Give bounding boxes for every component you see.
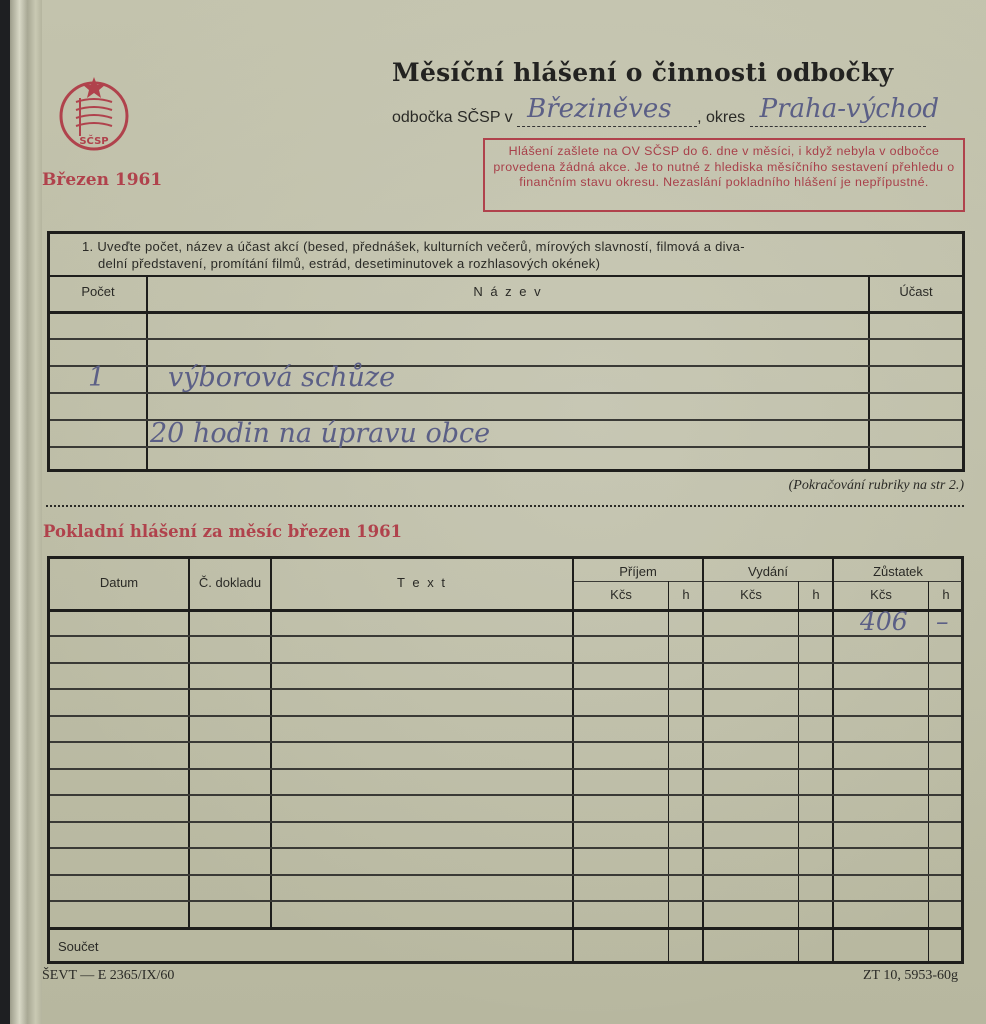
row-line [50, 688, 961, 690]
branch-field[interactable]: Březiněves [517, 108, 697, 127]
row-line [50, 900, 961, 902]
balance-kcs-value: 406 [860, 607, 908, 636]
col-attendance: Účast [870, 277, 962, 311]
activities-instruction: 1. Uveďte počet, název a účast akcí (bes… [50, 234, 962, 277]
balance-h-value: – [936, 607, 949, 636]
row-line [50, 715, 961, 717]
cash-report-title: Pokladní hlášení za měsíc březen 1961 [43, 522, 402, 541]
instruction-line-2: delní představení, promítání filmů, estr… [82, 255, 952, 272]
district-value: Praha-východ [760, 94, 939, 124]
divider [868, 277, 870, 472]
col-count: Počet [50, 277, 146, 311]
col-income-kcs: Kčs [574, 587, 668, 602]
divider [928, 581, 929, 961]
total-label: Součet [58, 939, 98, 954]
district-label: , okres [697, 109, 745, 126]
form-title: Měsíční hlášení o činnosti odbočky [392, 58, 894, 87]
col-text: T e x t [272, 575, 572, 590]
notice-box: Hlášení zašlete na OV SČSP do 6. dne v m… [483, 138, 965, 212]
cash-report-table: Datum Č. dokladu T e x t Příjem Vydání Z… [47, 556, 964, 964]
col-balance-kcs: Kčs [834, 587, 928, 602]
row-line [50, 338, 962, 340]
col-balance-h: h [930, 587, 962, 602]
district-field[interactable]: Praha-východ [750, 108, 926, 127]
col-name: N á z e v [148, 277, 868, 311]
col-income-h: h [670, 587, 702, 602]
col-date: Datum [50, 575, 188, 590]
activities-table: 1. Uveďte počet, název a účast akcí (bes… [47, 231, 965, 472]
branch-value: Březiněves [527, 94, 672, 124]
print-code-right: ZT 10, 5953-60g [863, 968, 958, 984]
branch-district-line: odbočka SČSP v Březiněves , okres Praha-… [392, 108, 926, 127]
col-expense: Vydání [704, 564, 832, 579]
activity-name-1: výborová schůze [168, 362, 395, 393]
row-line [50, 662, 961, 664]
row-line [50, 741, 961, 743]
row-line [50, 768, 961, 770]
continuation-note: (Pokračování rubriky na str 2.) [789, 478, 964, 494]
svg-text:SČSP: SČSP [79, 134, 108, 147]
divider [188, 559, 190, 927]
activity-count-1: 1 [88, 362, 105, 393]
divider [146, 277, 148, 472]
activities-header: Počet N á z e v Účast [50, 277, 962, 314]
col-expense-kcs: Kčs [704, 587, 798, 602]
total-separator [50, 927, 961, 930]
col-expense-h: h [800, 587, 832, 602]
row-line [50, 847, 961, 849]
divider [270, 559, 272, 927]
dotted-separator [46, 505, 964, 507]
col-balance: Zůstatek [834, 564, 962, 579]
print-code-left: ŠEVT — E 2365/IX/60 [42, 968, 174, 984]
instruction-line-1: 1. Uveďte počet, název a účast akcí (bes… [82, 239, 745, 254]
cash-header: Datum Č. dokladu T e x t Příjem Vydání Z… [50, 559, 961, 612]
month-stamp: Březen 1961 [42, 170, 162, 190]
paper-fold [10, 0, 42, 1024]
scsp-emblem-icon: SČSP [56, 76, 132, 152]
row-line [50, 635, 961, 637]
scan-edge [0, 0, 10, 1024]
activity-name-2: 20 hodin na úpravu obce [150, 418, 490, 449]
row-line [50, 821, 961, 823]
col-doc-no: Č. dokladu [190, 575, 270, 590]
row-line [50, 874, 961, 876]
subheader-line [574, 581, 962, 582]
divider [798, 581, 799, 961]
branch-label: odbočka SČSP v [392, 109, 513, 126]
row-line [50, 794, 961, 796]
col-income: Příjem [574, 564, 702, 579]
divider [668, 581, 669, 961]
